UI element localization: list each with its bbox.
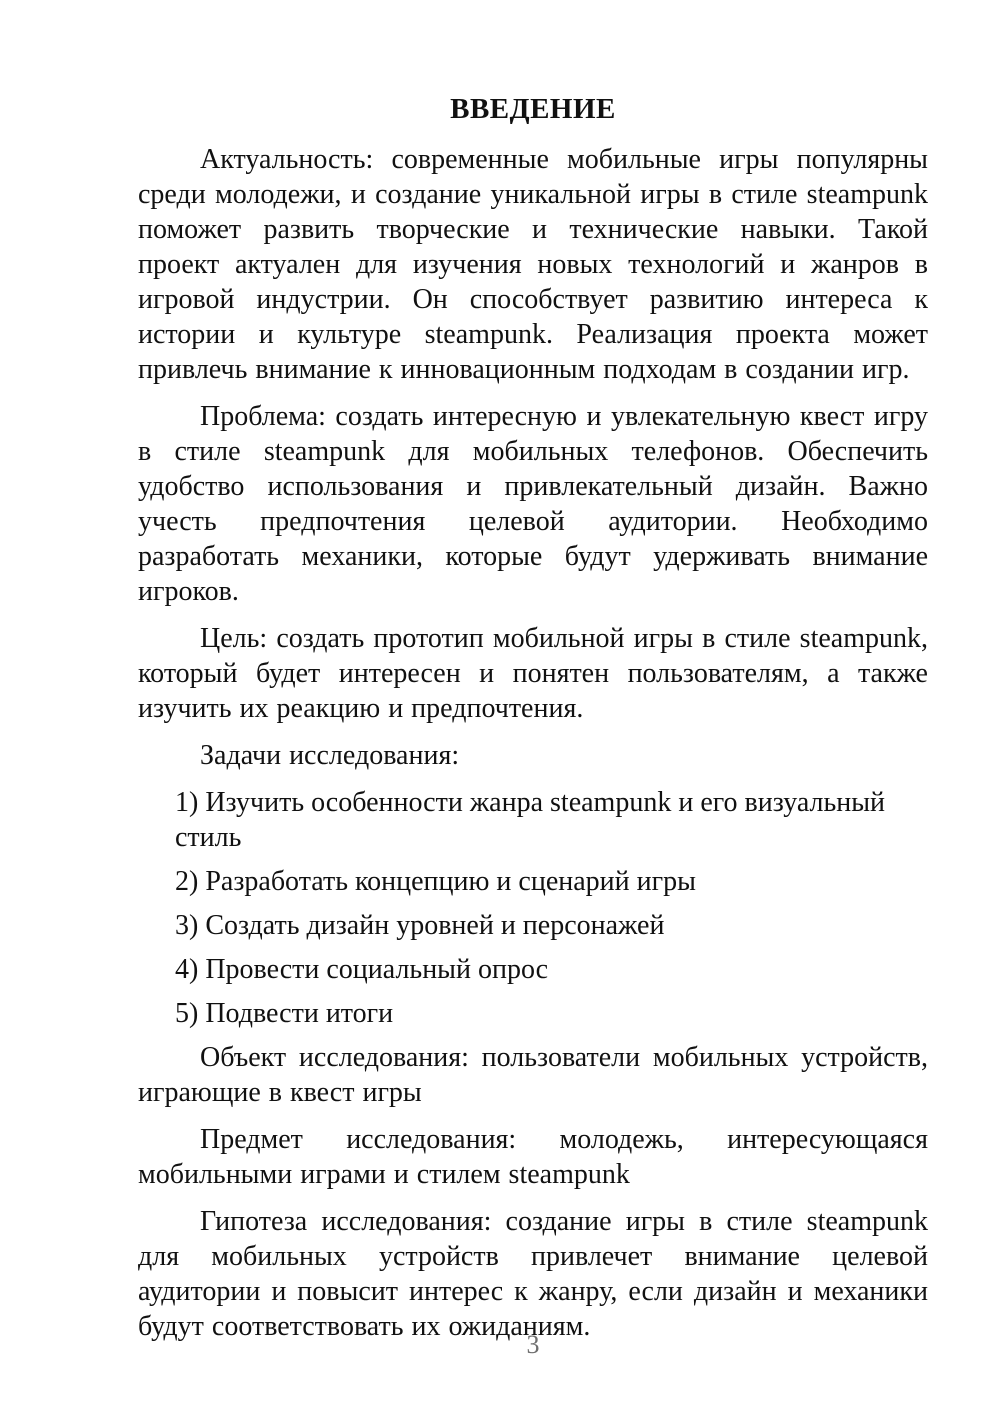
document-page-content: ВВЕДЕНИЕ Актуальность: современные мобил…: [138, 90, 928, 1356]
task-list-item: 5) Подвести итоги: [138, 996, 928, 1031]
page-number: 3: [138, 1330, 928, 1360]
task-list-item: 4) Провести социальный опрос: [138, 952, 928, 987]
tasks-heading: Задачи исследования:: [138, 738, 928, 773]
paragraph-gipoteza: Гипотеза исследования: создание игры в с…: [138, 1204, 928, 1344]
task-list-item: 1) Изучить особенности жанра steampunk и…: [138, 785, 928, 855]
paragraph-tsel: Цель: создать прототип мобильной игры в …: [138, 621, 928, 726]
paragraph-obekt: Объект исследования: пользователи мобиль…: [138, 1040, 928, 1110]
task-list-item: 2) Разработать концепцию и сценарий игры: [138, 864, 928, 899]
paragraph-predmet: Предмет исследования: молодежь, интересу…: [138, 1122, 928, 1192]
task-list-item: 3) Создать дизайн уровней и персонажей: [138, 908, 928, 943]
page-title: ВВЕДЕНИЕ: [138, 90, 928, 128]
paragraph-aktualnost: Актуальность: современные мобильные игры…: [138, 142, 928, 387]
paragraph-problema: Проблема: создать интересную и увлекател…: [138, 399, 928, 609]
